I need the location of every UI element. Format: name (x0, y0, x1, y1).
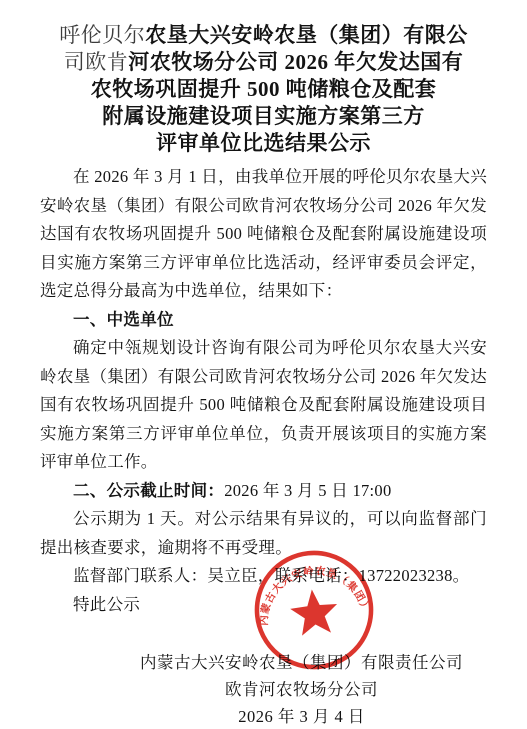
issuer-company: 内蒙古大兴安岭农垦（集团）有限责任公司 (78, 649, 525, 676)
section-1-heading: 一、中选单位 (40, 306, 487, 335)
document-title: 呼伦贝尔农垦大兴安岭农垦（集团）有限公 司欧肯河农牧场分公司 2026 年欠发达… (40, 22, 487, 157)
issue-date: 2026 年 3 月 4 日 (78, 703, 525, 729)
title-line-1-bold: 农垦大兴安岭农垦（集团）有限公 (145, 23, 468, 47)
paragraph-objection-period: 公示期为 1 天。对公示结果有异议的，可以向监督部门提出核查要求，逾期将不再受理… (40, 505, 487, 562)
title-line-2-light: 司欧肯 (64, 50, 129, 74)
section-2-heading: 二、公示截止时间：2026 年 3 月 5 日 17:00 (40, 477, 487, 506)
title-line-2-bold: 河农牧场分公司 2026 年欠发达国有 (128, 50, 463, 74)
title-line-3: 农牧场巩固提升 500 吨储粮仓及配套 (40, 76, 487, 103)
title-line-1: 呼伦贝尔农垦大兴安岭农垦（集团）有限公 (40, 22, 487, 49)
paragraph-intro: 在 2026 年 3 月 1 日，由我单位开展的呼伦贝尔农垦大兴安岭农垦（集团）… (40, 163, 487, 306)
document-page: 呼伦贝尔农垦大兴安岭农垦（集团）有限公 司欧肯河农牧场分公司 2026 年欠发达… (0, 0, 527, 729)
title-line-5: 评审单位比选结果公示 (40, 130, 487, 157)
paragraph-contact: 监督部门联系人：吴立臣，联系电话：13722023238。 (40, 562, 487, 591)
title-line-1-light: 呼伦贝尔 (59, 23, 145, 47)
title-line-2: 司欧肯河农牧场分公司 2026 年欠发达国有 (40, 49, 487, 76)
document-body: 在 2026 年 3 月 1 日，由我单位开展的呼伦贝尔农垦大兴安岭农垦（集团）… (40, 163, 487, 619)
section-2-deadline: 2026 年 3 月 5 日 17:00 (224, 481, 391, 500)
section-2-label: 二、公示截止时间： (73, 481, 224, 500)
paragraph-selected-unit: 确定中瓴规划设计咨询有限公司为呼伦贝尔农垦大兴安岭农垦（集团）有限公司欧肯河农牧… (40, 334, 487, 477)
issuer-branch: 欧肯河农牧场分公司 (78, 676, 525, 703)
title-line-4: 附属设施建设项目实施方案第三方 (40, 103, 487, 130)
paragraph-closing: 特此公示 (40, 591, 487, 620)
signature-block: 内蒙古大兴安岭农垦（集团）有限责任公司 欧肯河农牧场分公司 2026 年 3 月… (78, 649, 525, 729)
